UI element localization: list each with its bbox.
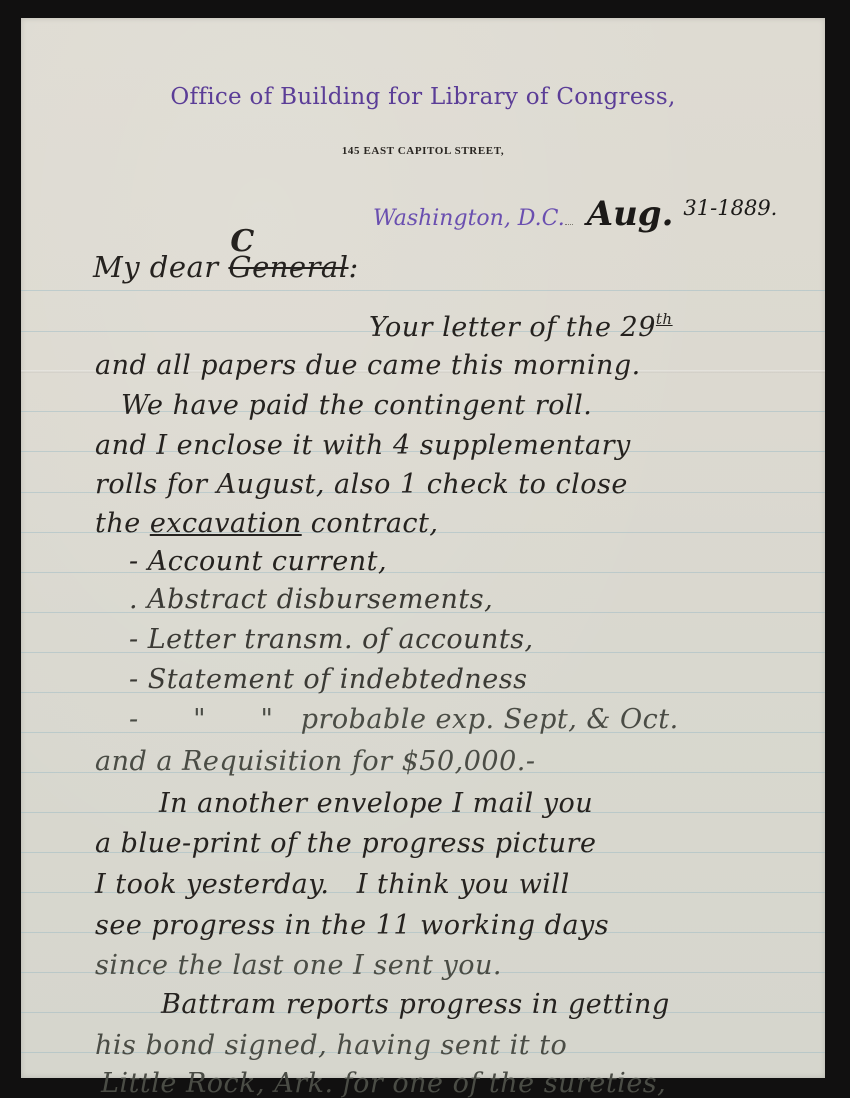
list-item-statement: - Statement of indebtedness <box>129 664 527 695</box>
underlined-word: excavation <box>150 508 302 539</box>
line-text: Your letter of the 29 <box>369 312 656 343</box>
body-line-18: Battram reports progress in getting <box>161 989 670 1020</box>
ordinal-suffix: th <box>656 310 673 328</box>
list-item-abstract: . Abstract disbursements, <box>129 584 493 615</box>
dateline-month: Aug. <box>587 194 674 234</box>
dateline-day-year: 31-1889. <box>683 196 777 220</box>
body-line-20: Little Rock, Ark. for one of the suretie… <box>101 1068 666 1098</box>
body-line-requisition: and a Requisition for $50,000.- <box>95 746 535 777</box>
salutation-punct: : <box>349 250 359 284</box>
line-text-rest: contract, <box>302 508 439 539</box>
body-line-15: I took yesterday. I think you will <box>95 869 570 900</box>
body-line-6: the excavation contract, <box>95 508 438 539</box>
body-line-17: since the last one I sent you. <box>95 950 502 981</box>
body-line-13: In another envelope I mail you <box>159 788 593 819</box>
list-item-account-current: - Account current, <box>129 546 387 577</box>
salutation: My dear General C : <box>93 250 359 284</box>
letterhead-title: Office of Building for Library of Congre… <box>21 84 825 110</box>
list-item-probable-exp: - " " probable exp. Sept, & Oct. <box>129 704 679 735</box>
body-line-5: rolls for August, also 1 check to close <box>95 469 628 500</box>
body-line-2: and all papers due came this morning. <box>95 350 641 381</box>
line-text: the <box>95 508 141 539</box>
ruled-line <box>21 290 825 291</box>
body-line-14: a blue-print of the progress picture <box>95 828 596 859</box>
body-line-4: and I enclose it with 4 supplementary <box>95 430 631 461</box>
body-line-1: Your letter of the 29th <box>369 310 673 343</box>
letter-page: Office of Building for Library of Congre… <box>21 18 825 1078</box>
salutation-correction: C <box>230 224 254 259</box>
body-line-16: see progress in the 11 working days <box>95 910 609 941</box>
letterhead-address: 145 EAST CAPITOL STREET, <box>21 145 825 157</box>
body-line-19: his bond signed, having sent it to <box>95 1030 567 1061</box>
dateline-place: Washington, D.C. <box>373 206 565 231</box>
dateline: Washington, D.C. Aug. 31-1889. <box>373 194 777 234</box>
salutation-text: My dear <box>93 250 219 284</box>
dotted-leader <box>565 224 573 225</box>
list-item-letter-transm: - Letter transm. of accounts, <box>129 624 534 655</box>
body-line-3: We have paid the contingent roll. <box>121 390 592 421</box>
